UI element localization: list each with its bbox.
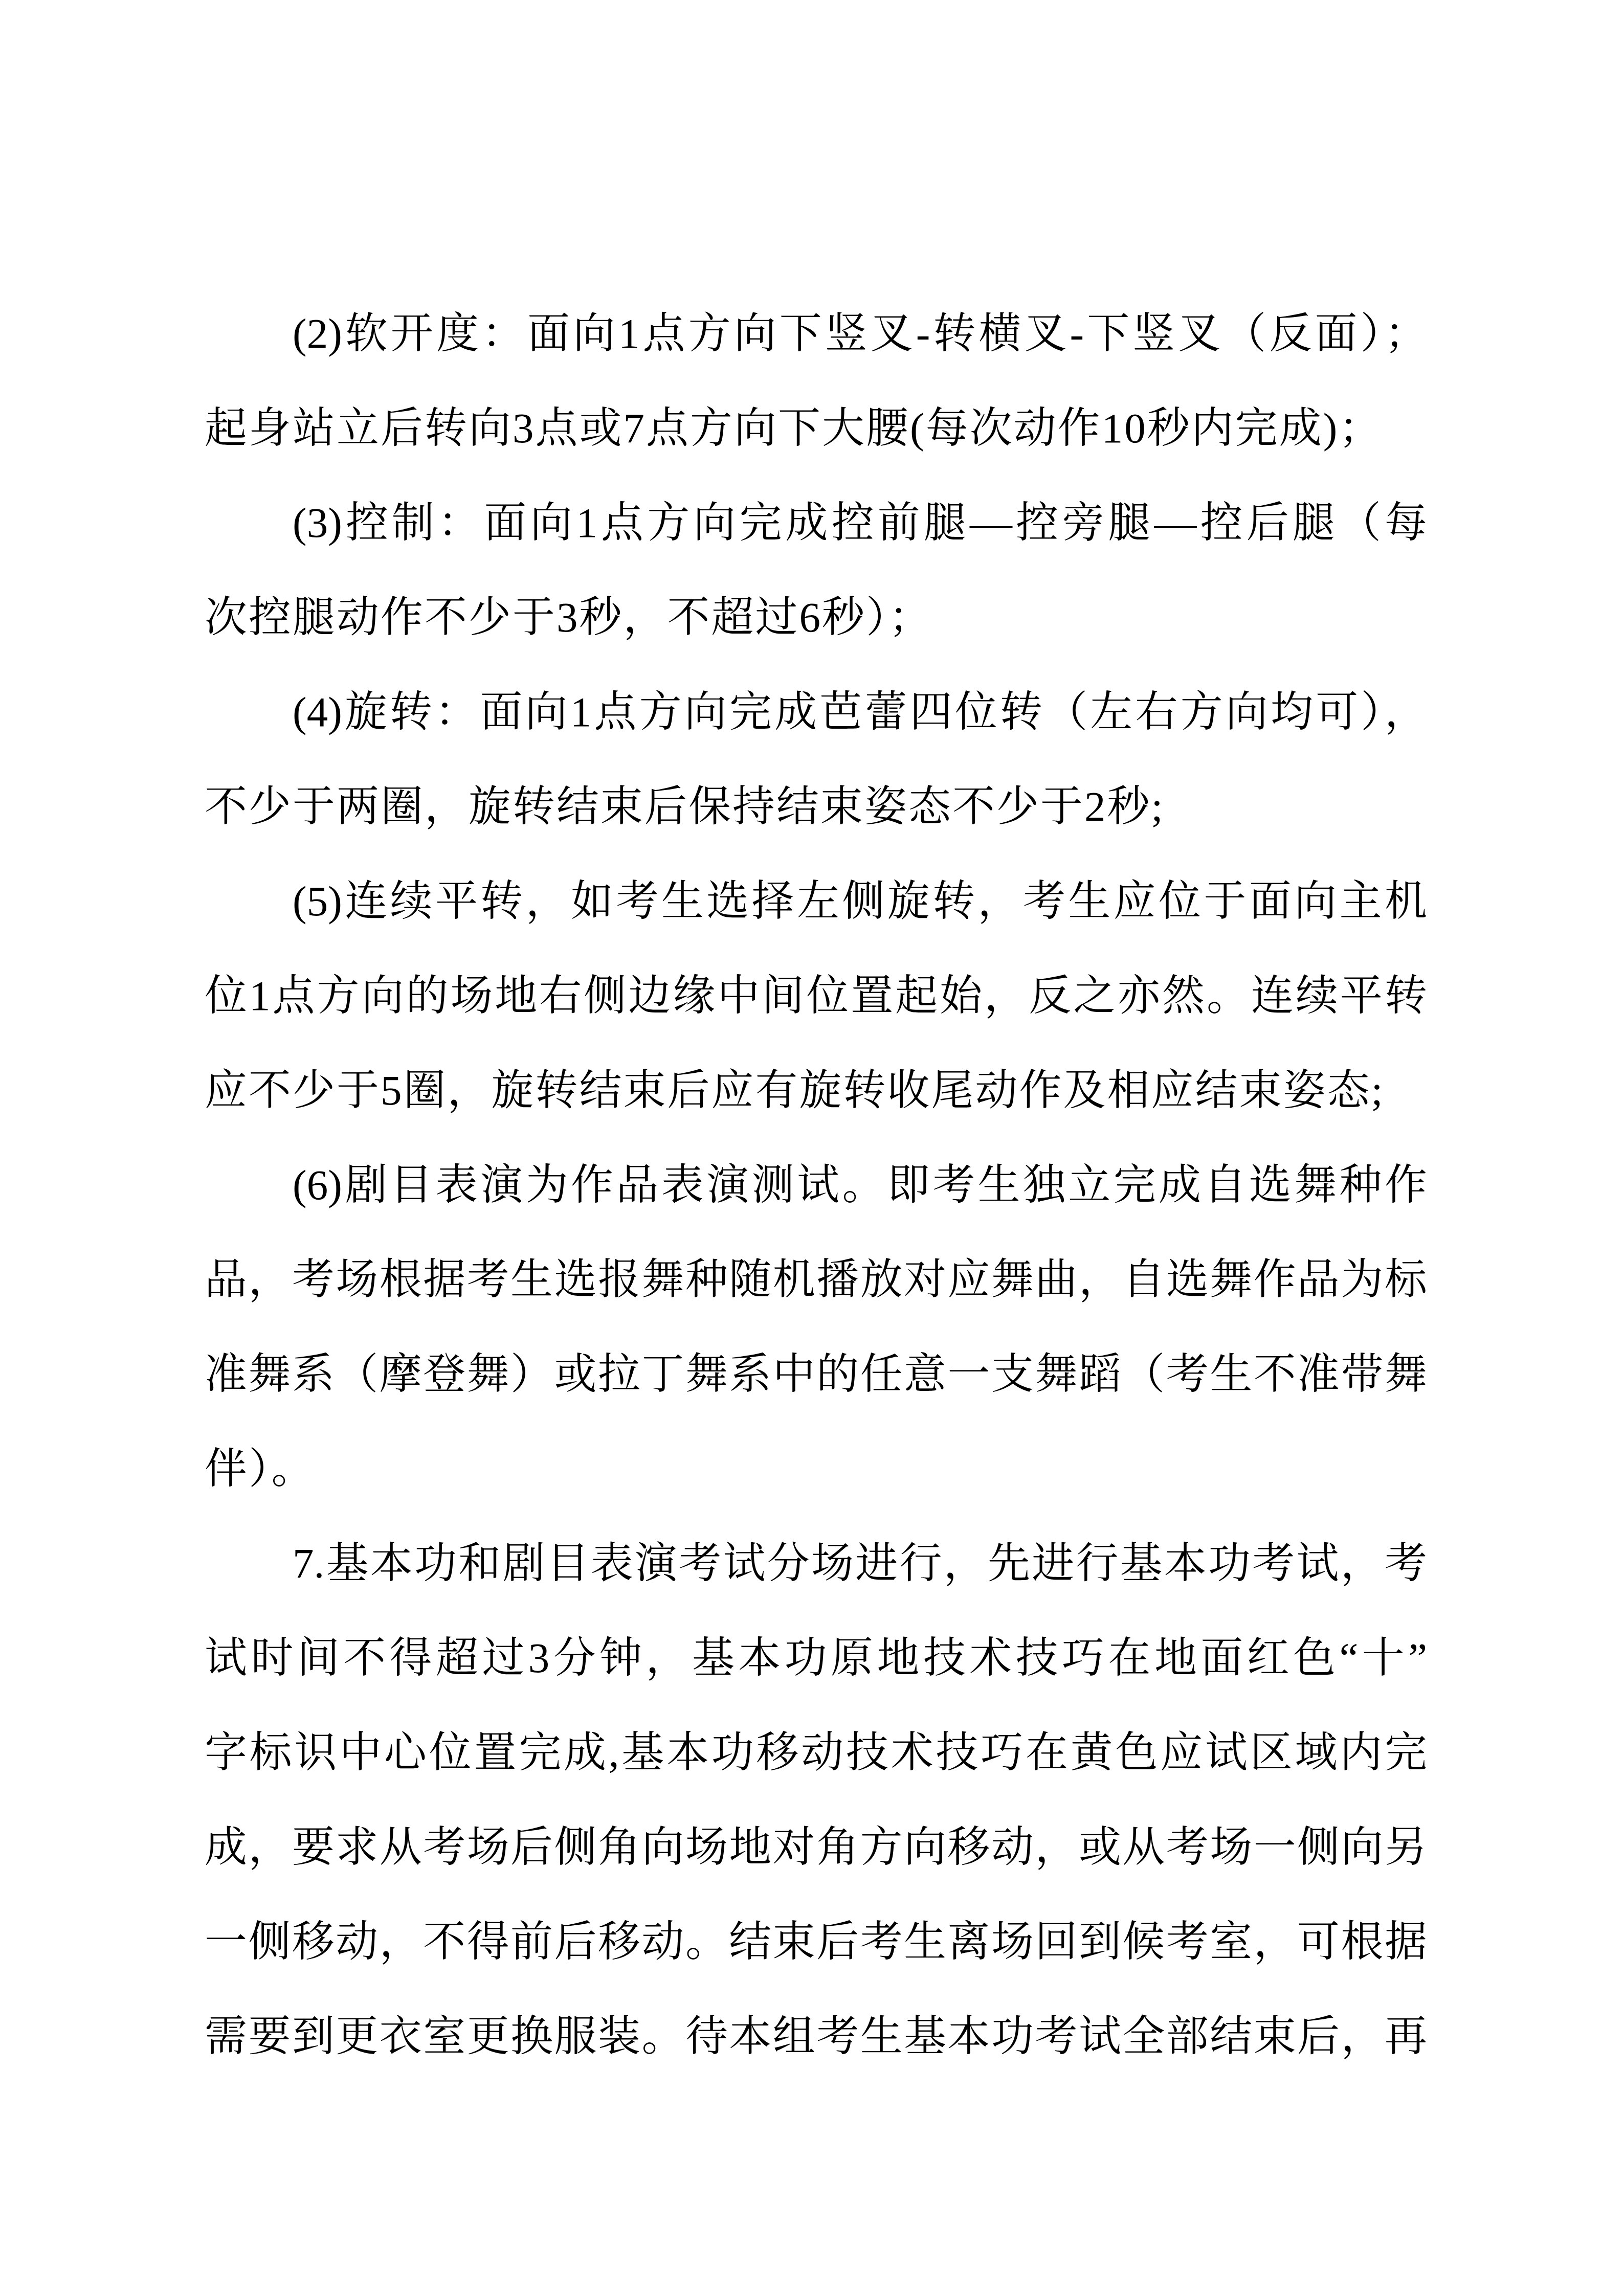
paragraph-2: (3)控制：面向1点方向完成控前腿—控旁腿—控后腿（每次控腿动作不少于3秒，不超… (205, 476, 1427, 665)
text-line: (4)旋转：面向1点方向完成芭蕾四位转（左右方向均可）， (205, 665, 1427, 759)
text-line: 次控腿动作不少于3秒，不超过6秒）； (205, 570, 1427, 665)
text-line: (5)连续平转，如考生选择左侧旋转，考生应位于面向主机 (205, 854, 1427, 949)
text-line: 不少于两圈，旋转结束后保持结束姿态不少于2秒; (205, 759, 1427, 854)
paragraph-4: (5)连续平转，如考生选择左侧旋转，考生应位于面向主机位1点方向的场地右侧边缘中… (205, 854, 1427, 1138)
text-line: (2)软开度：面向1点方向下竖叉-转横叉-下竖叉（反面）； (205, 286, 1427, 381)
page: (2)软开度：面向1点方向下竖叉-转横叉-下竖叉（反面）；起身站立后转向3点或7… (0, 0, 1624, 2296)
text-line: 需要到更衣室更换服装。待本组考生基本功考试全部结束后，再 (205, 1989, 1427, 2084)
text-line: 起身站立后转向3点或7点方向下大腰(每次动作10秒内完成)； (205, 381, 1427, 476)
text-line: 品，考场根据考生选报舞种随机播放对应舞曲，自选舞作品为标 (205, 1232, 1427, 1327)
paragraph-3: (4)旋转：面向1点方向完成芭蕾四位转（左右方向均可），不少于两圈，旋转结束后保… (205, 665, 1427, 854)
text-line: 伴）。 (205, 1422, 1427, 1516)
paragraph-5: (6)剧目表演为作品表演测试。即考生独立完成自选舞种作品，考场根据考生选报舞种随… (205, 1138, 1427, 1516)
text-line: 一侧移动，不得前后移动。结束后考生离场回到候考室，可根据 (205, 1895, 1427, 1989)
text-line: (6)剧目表演为作品表演测试。即考生独立完成自选舞种作 (205, 1138, 1427, 1232)
text-line: 成，要求从考场后侧角向场地对角方向移动，或从考场一侧向另 (205, 1800, 1427, 1895)
text-line: 试时间不得超过3分钟，基本功原地技术技巧在地面红色“十” (205, 1611, 1427, 1705)
paragraph-6: 7.基本功和剧目表演考试分场进行，先进行基本功考试，考试时间不得超过3分钟，基本… (205, 1516, 1427, 2084)
text-line: 7.基本功和剧目表演考试分场进行，先进行基本功考试，考 (205, 1516, 1427, 1611)
document-body: (2)软开度：面向1点方向下竖叉-转横叉-下竖叉（反面）；起身站立后转向3点或7… (205, 286, 1427, 2084)
text-line: 应不少于5圈，旋转结束后应有旋转收尾动作及相应结束姿态; (205, 1043, 1427, 1138)
text-line: (3)控制：面向1点方向完成控前腿—控旁腿—控后腿（每 (205, 476, 1427, 570)
text-line: 字标识中心位置完成,基本功移动技术技巧在黄色应试区域内完 (205, 1705, 1427, 1800)
text-line: 位1点方向的场地右侧边缘中间位置起始，反之亦然。连续平转 (205, 949, 1427, 1043)
paragraph-1: (2)软开度：面向1点方向下竖叉-转横叉-下竖叉（反面）；起身站立后转向3点或7… (205, 286, 1427, 476)
text-line: 准舞系（摩登舞）或拉丁舞系中的任意一支舞蹈（考生不准带舞 (205, 1327, 1427, 1422)
